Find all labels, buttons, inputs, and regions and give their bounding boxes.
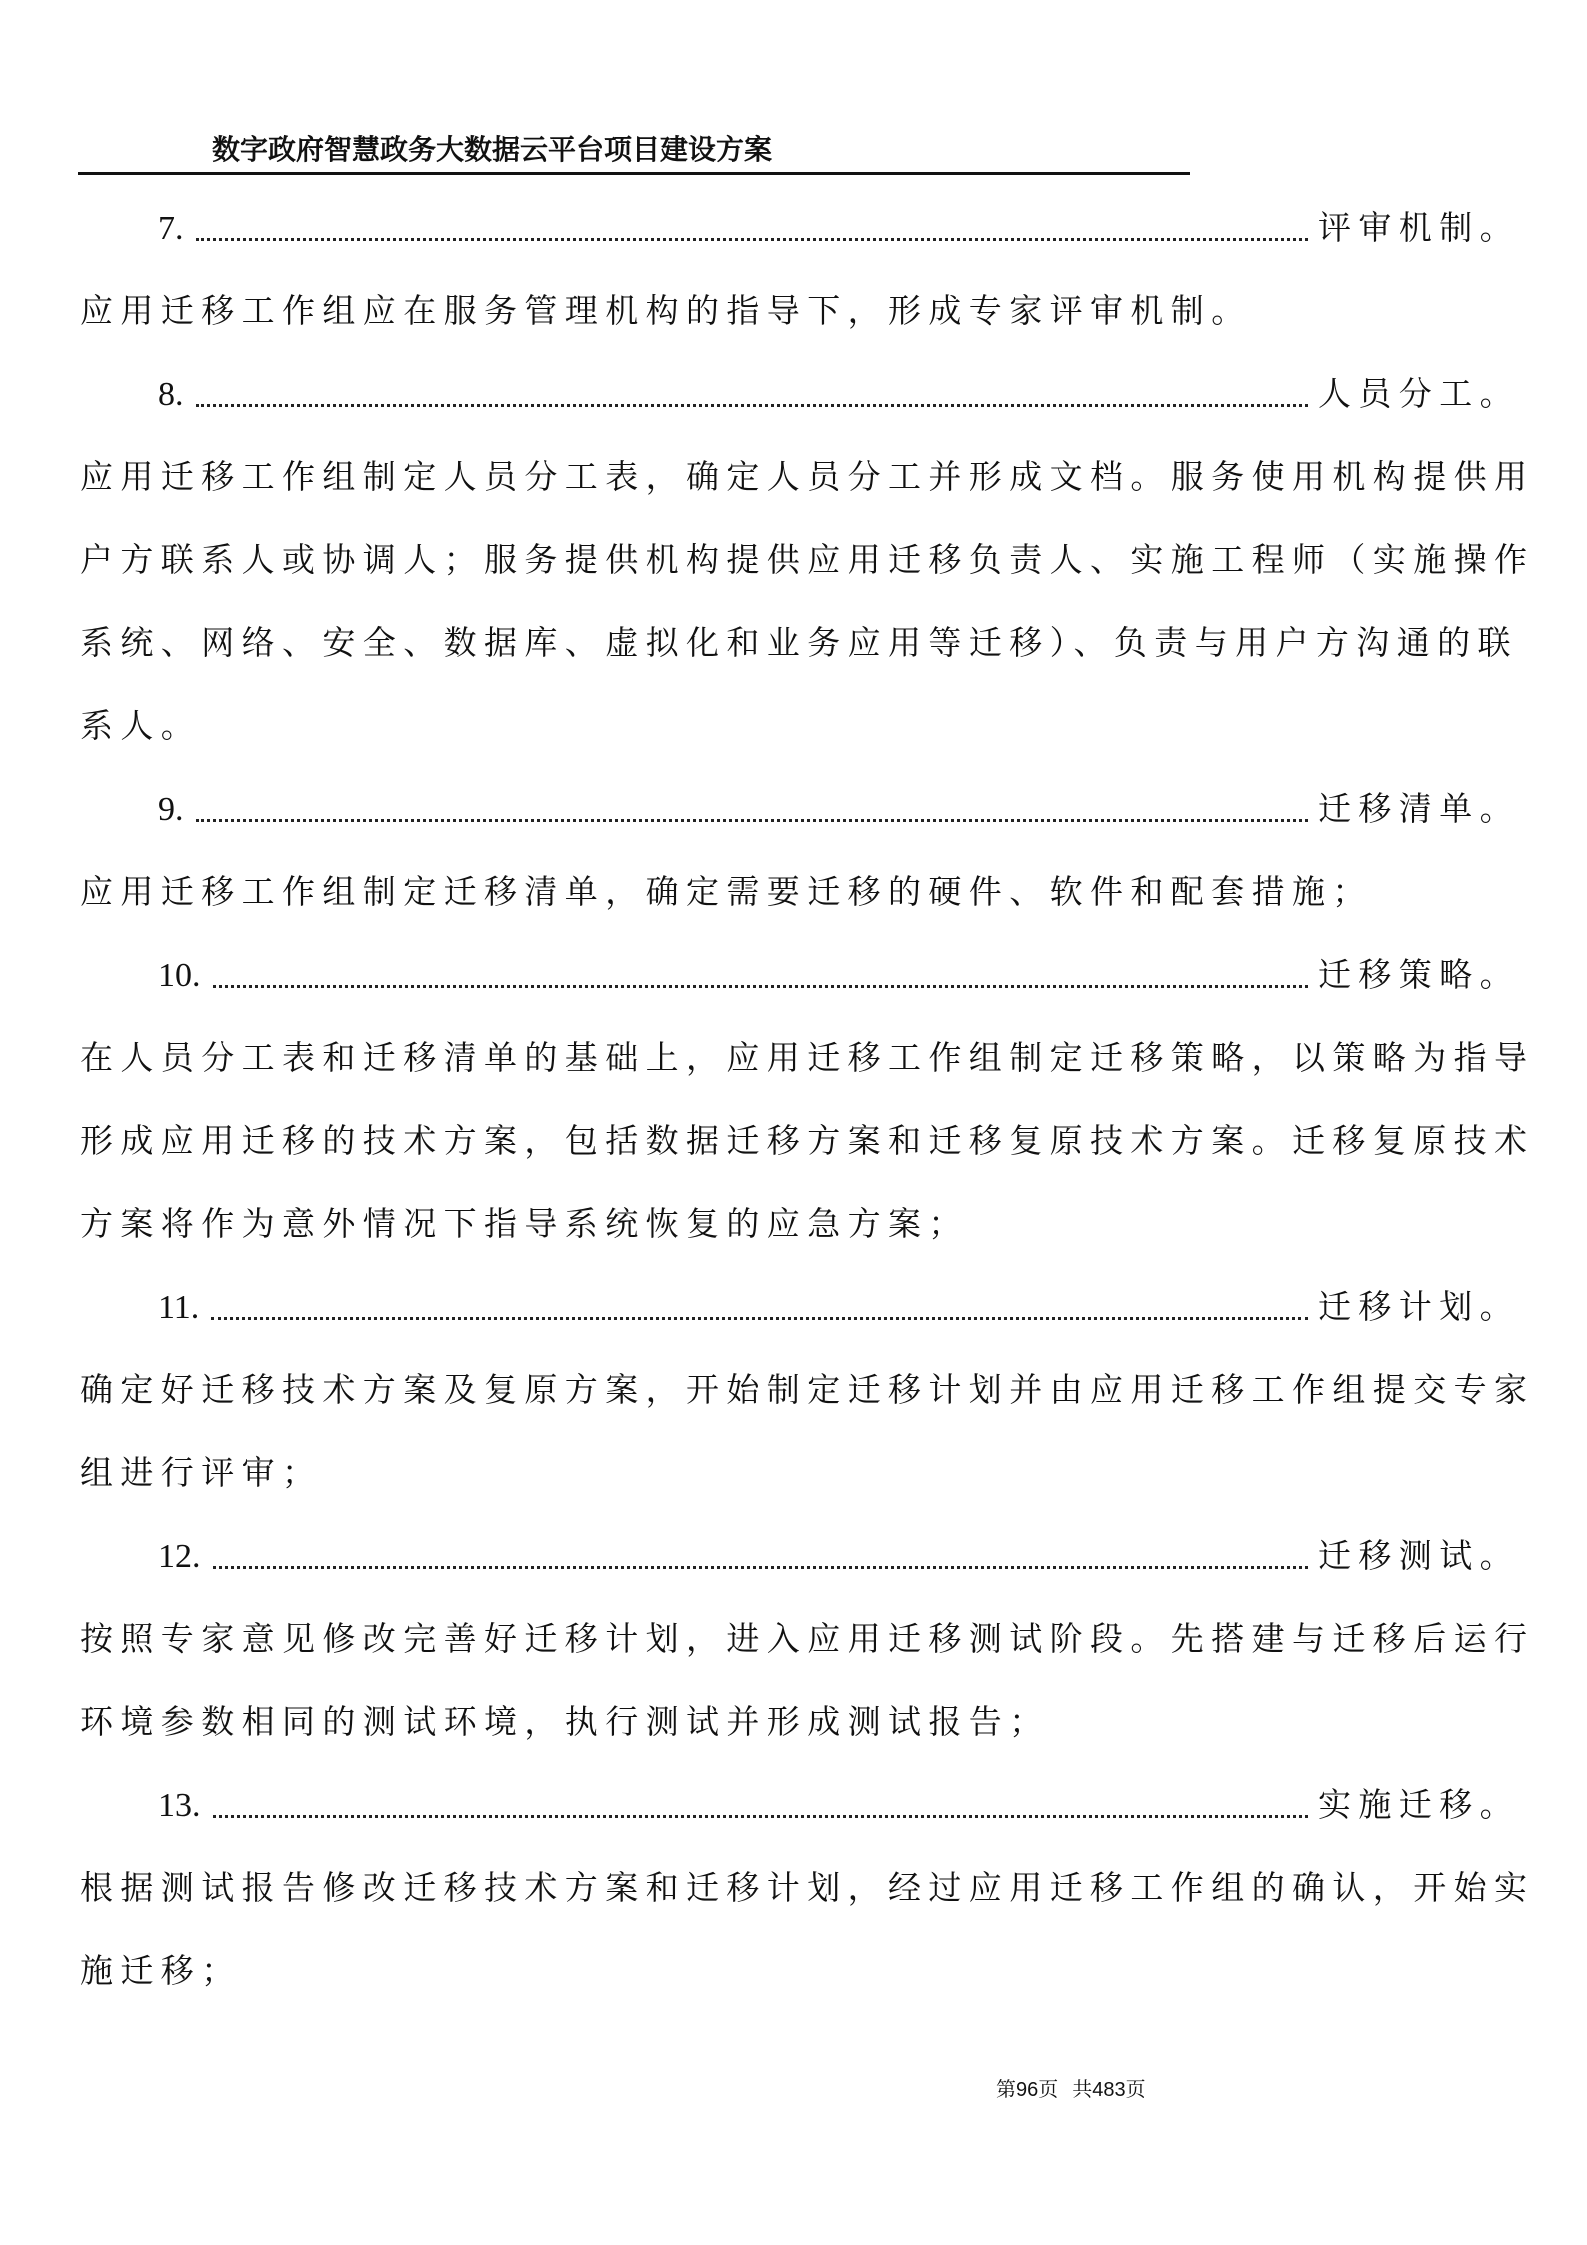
section-title: 迁移测试。 — [1318, 1514, 1520, 1597]
document-body: 7. 评审机制。 应用迁移工作组应在服务管理机构的指导下，形成专家评审机制。 8… — [80, 186, 1540, 2012]
section-title: 迁移策略。 — [1318, 933, 1520, 1016]
section-title: 迁移计划。 — [1318, 1265, 1520, 1348]
body-line: 系统、网络、安全、数据库、虚拟化和业务应用等迁移）、负责与用户方沟通的联 — [80, 601, 1540, 684]
body-line: 应用迁移工作组制定人员分工表，确定人员分工并形成文档。服务使用机构提供用 — [80, 435, 1540, 518]
body-line: 环境参数相同的测试环境，执行测试并形成测试报告； — [80, 1680, 1540, 1763]
page-footer: 第96页共483页 — [996, 2073, 1146, 2102]
body-line: 组进行评审； — [80, 1431, 1540, 1514]
dot-leader — [196, 404, 1309, 407]
section-heading-11: 11. 迁移计划。 — [80, 1265, 1540, 1348]
section-number: 10. — [158, 934, 201, 1016]
body-line: 根据测试报告修改迁移技术方案和迁移计划，经过应用迁移工作组的确认，开始实 — [80, 1846, 1540, 1929]
page-number-current: 第96页 — [996, 2079, 1058, 2101]
section-title: 实施迁移。 — [1318, 1763, 1520, 1846]
header-divider — [78, 172, 1190, 175]
section-title: 人员分工。 — [1318, 352, 1520, 435]
body-line: 应用迁移工作组制定迁移清单，确定需要迁移的硬件、软件和配套措施； — [80, 850, 1540, 933]
section-heading-13: 13. 实施迁移。 — [80, 1763, 1540, 1846]
body-line: 施迁移； — [80, 1929, 1540, 2012]
body-line: 在人员分工表和迁移清单的基础上，应用迁移工作组制定迁移策略，以策略为指导 — [80, 1016, 1540, 1099]
body-line: 户方联系人或协调人；服务提供机构提供应用迁移负责人、实施工程师（实施操作 — [80, 518, 1540, 601]
body-line: 系人。 — [80, 684, 1540, 767]
dot-leader — [213, 985, 1309, 988]
section-title: 迁移清单。 — [1318, 767, 1520, 850]
section-heading-8: 8. 人员分工。 — [80, 352, 1540, 435]
page-number-total: 共483页 — [1072, 2079, 1145, 2101]
section-heading-7: 7. 评审机制。 — [80, 186, 1540, 269]
document-header-title: 数字政府智慧政务大数据云平台项目建设方案 — [212, 128, 772, 168]
body-line: 形成应用迁移的技术方案，包括数据迁移方案和迁移复原技术方案。迁移复原技术 — [80, 1099, 1540, 1182]
body-line: 按照专家意见修改完善好迁移计划，进入应用迁移测试阶段。先搭建与迁移后运行 — [80, 1597, 1540, 1680]
section-number: 7. — [158, 187, 184, 269]
section-heading-10: 10. 迁移策略。 — [80, 933, 1540, 1016]
section-heading-12: 12. 迁移测试。 — [80, 1514, 1540, 1597]
section-number: 8. — [158, 353, 184, 435]
section-number: 12. — [158, 1515, 201, 1597]
body-line: 方案将作为意外情况下指导系统恢复的应急方案； — [80, 1182, 1540, 1265]
section-title: 评审机制。 — [1318, 186, 1520, 269]
dot-leader — [196, 819, 1309, 822]
dot-leader — [213, 1566, 1309, 1569]
section-heading-9: 9. 迁移清单。 — [80, 767, 1540, 850]
body-line: 应用迁移工作组应在服务管理机构的指导下，形成专家评审机制。 — [80, 269, 1540, 352]
dot-leader — [213, 1815, 1309, 1818]
body-line: 确定好迁移技术方案及复原方案，开始制定迁移计划并由应用迁移工作组提交专家 — [80, 1348, 1540, 1431]
section-number: 11. — [158, 1266, 199, 1348]
dot-leader — [196, 238, 1309, 241]
section-number: 9. — [158, 768, 184, 850]
section-number: 13. — [158, 1764, 201, 1846]
dot-leader — [211, 1317, 1308, 1320]
